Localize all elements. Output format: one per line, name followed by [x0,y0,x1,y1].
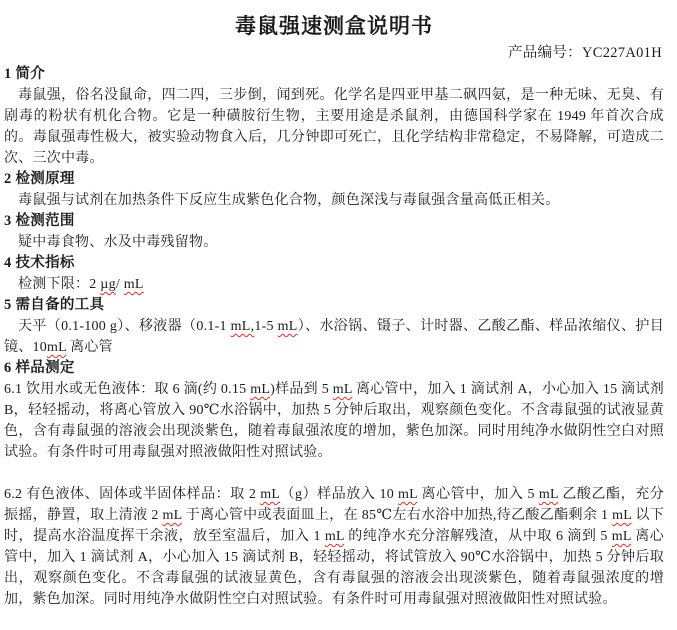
spellcheck-squiggle-text: mL [612,508,631,523]
spellcheck-squiggle-text: mL [260,487,280,502]
spellcheck-squiggle-text: mL [162,508,181,523]
section-heading: 1 简介 [4,64,664,85]
text-run: 的纯净水充分溶解残渣，从中取 6 滴到 5 [344,529,611,544]
paragraph: 毒鼠强，俗名没鼠命，四二四，三步倒，闻到死。化学名是四亚甲基二砜四氨，是一种无味… [4,85,664,169]
text-run: 天平（0.1-100 g）、移液器（0.1-1 [18,319,231,334]
product-code: 产品编号：YC227A01H [4,43,662,64]
text-run: 于离心管中或表面皿上，在 85℃左右水浴中加热,待乙酸乙酯剩余 1 [182,508,612,523]
section-technical-specs: 4 技术指标 检测下限：2 µg/ mL [4,253,664,295]
section-intro: 1 简介 毒鼠强，俗名没鼠命，四二四，三步倒，闻到死。化学名是四亚甲基二砜四氨，… [4,64,664,169]
text-run: 疑中毒食物、水及中毒残留物。 [18,235,218,250]
text-run: 离心管 [66,340,113,355]
paragraph: 毒鼠强与试剂在加热条件下反应生成紫色化合物，颜色深浅与毒鼠强含量高低正相关。 [4,190,664,211]
spellcheck-squiggle-text: mL, [231,319,255,334]
text-run: 离心管中，加入 5 [417,487,538,502]
spellcheck-squiggle-text: mL [47,340,66,355]
document-title: 毒鼠强速测盒说明书 [4,10,664,40]
spellcheck-squiggle-text: mL [124,277,144,292]
spellcheck-squiggle-text: mL [250,382,270,397]
spellcheck-squiggle-text: mL [612,529,631,544]
text-run: 6.2 有色液体、固体或半固体样品：取 2 [4,487,260,502]
paragraph: 天平（0.1-100 g）、移液器（0.1-1 mL,1-5 mL）、水浴锅、镊… [4,316,664,358]
spellcheck-squiggle-text: mL [325,529,344,544]
spellcheck-squiggle-text: mL [539,487,558,502]
section-sample-testing: 6 样品测定 6.1 饮用水或无色液体：取 6 滴(约 0.15 mL)样品到 … [4,358,664,610]
section-detection-scope: 3 检测范围 疑中毒食物、水及中毒残留物。 [4,211,664,253]
paragraph: 检测下限：2 µg/ mL [4,274,664,295]
spellcheck-squiggle-text: µg [100,277,116,292]
section-heading: 6 样品测定 [4,358,664,379]
text-run: 检测下限：2 [18,277,100,292]
section-detection-principle: 2 检测原理 毒鼠强与试剂在加热条件下反应生成紫色化合物，颜色深浅与毒鼠强含量高… [4,169,664,211]
document-page: 毒鼠强速测盒说明书 产品编号：YC227A01H 1 简介 毒鼠强，俗名没鼠命，… [0,0,677,630]
paragraph-6-2: 6.2 有色液体、固体或半固体样品：取 2 mL（g）样品放入 10 mL 离心… [4,484,664,610]
spellcheck-squiggle-text: mL [333,382,352,397]
text-run: 1-5 [254,319,277,334]
text-run: 毒鼠强与试剂在加热条件下反应生成紫色化合物，颜色深浅与毒鼠强含量高低正相关。 [18,193,560,208]
text-run: 毒鼠强，俗名没鼠命，四二四，三步倒，闻到死。化学名是四亚甲基二砜四氨，是一种无味… [4,88,664,166]
text-run: )样品到 5 [270,382,333,397]
section-heading: 3 检测范围 [4,211,664,232]
paragraph-6-1: 6.1 饮用水或无色液体：取 6 滴(约 0.15 mL)样品到 5 mL 离心… [4,379,664,463]
spellcheck-squiggle-text: mL [278,319,298,334]
spellcheck-squiggle-text: mL [398,487,417,502]
text-run: （g）样品放入 10 [280,487,398,502]
text-run: / [116,277,124,292]
section-heading: 2 检测原理 [4,169,664,190]
text-run: 6.1 饮用水或无色液体：取 6 滴(约 0.15 [4,382,250,397]
section-heading: 5 需自备的工具 [4,295,664,316]
section-required-tools: 5 需自备的工具 天平（0.1-100 g）、移液器（0.1-1 mL,1-5 … [4,295,664,358]
paragraph: 疑中毒食物、水及中毒残留物。 [4,232,664,253]
section-heading: 4 技术指标 [4,253,664,274]
